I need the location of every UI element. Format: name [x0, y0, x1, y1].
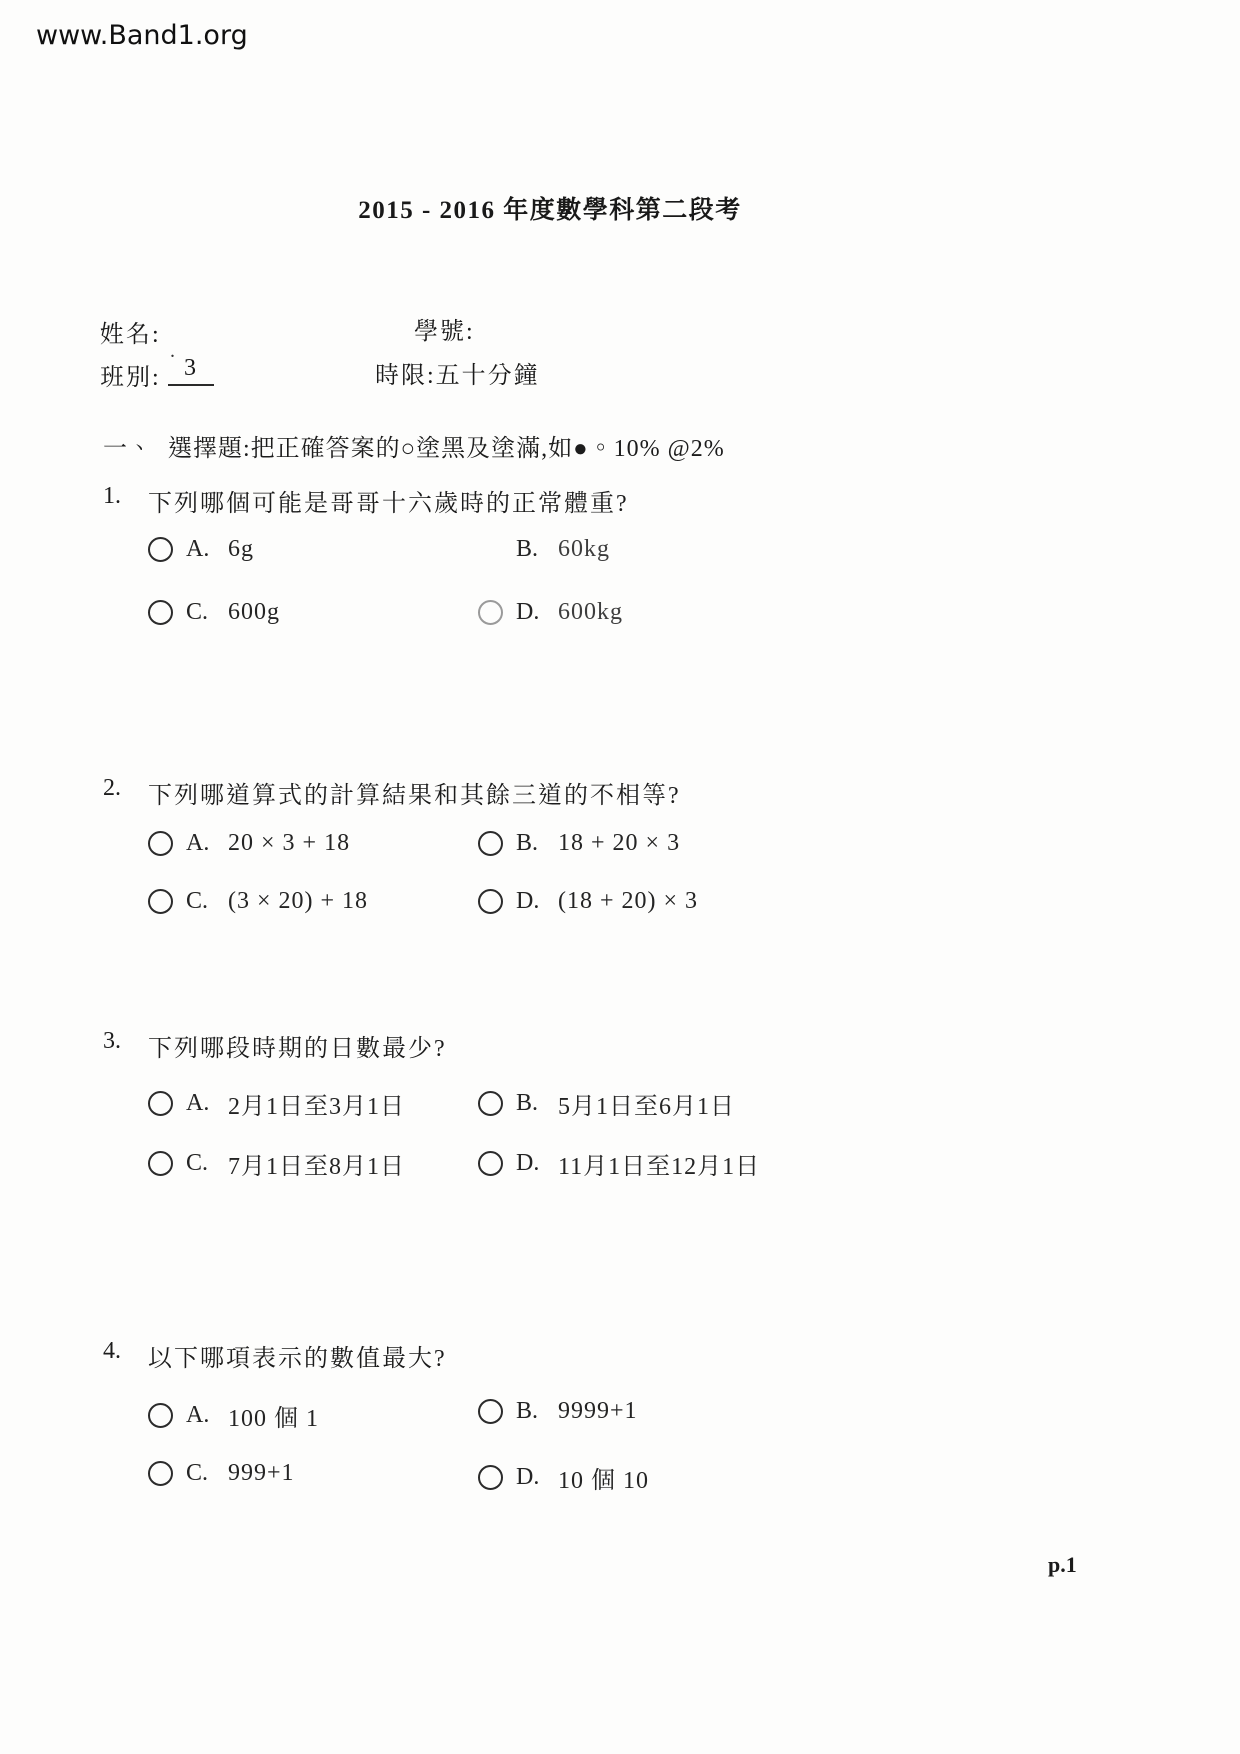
option-label: C.: [186, 1460, 228, 1487]
question-3-options-row-2: C. 7月1日至8月1日 D. 11月1日至12月1日: [0, 1146, 1240, 1182]
question-3-option-a: A. 2月1日至3月1日: [148, 1086, 405, 1121]
answer-bubble-icon: [478, 1465, 503, 1490]
answer-bubble-icon: [148, 600, 173, 625]
question-number: 1.: [103, 483, 121, 510]
question-2-option-c: C. (3 × 20) + 18: [148, 888, 368, 915]
question-4-options-row-1: A. 100 個 1 B. 9999+1: [0, 1398, 1240, 1434]
question-2-option-a: A. 20 × 3 + 18: [148, 830, 350, 857]
question-2-option-b: B. 18 + 20 × 3: [478, 830, 680, 857]
answer-bubble-icon: [478, 1091, 503, 1116]
option-label: D.: [516, 1150, 558, 1177]
option-value: 9999+1: [558, 1398, 638, 1425]
answer-bubble-icon: [478, 889, 503, 914]
question-3-options-row-1: A. 2月1日至3月1日 B. 5月1日至6月1日: [0, 1086, 1240, 1122]
question-2-options-row-2: C. (3 × 20) + 18 D. (18 + 20) × 3: [0, 888, 1240, 924]
option-label: D.: [516, 1464, 558, 1491]
answer-bubble-icon: [148, 1151, 173, 1176]
option-label: B.: [516, 536, 558, 563]
option-value: (3 × 20) + 18: [228, 888, 368, 915]
answer-bubble-icon: [148, 831, 173, 856]
question-1-options-row-1: A. 6g B. 60kg: [0, 536, 1240, 572]
question-4-option-c: C. 999+1: [148, 1460, 295, 1487]
option-label: B.: [516, 1398, 558, 1425]
option-label: D.: [516, 599, 558, 626]
answer-bubble-icon: [148, 889, 173, 914]
answer-bubble-icon: [148, 1403, 173, 1428]
question-3-option-b: B. 5月1日至6月1日: [478, 1086, 735, 1121]
question-text: 以下哪項表示的數值最大?: [148, 1338, 447, 1373]
option-label: A.: [186, 830, 228, 857]
option-label: C.: [186, 599, 228, 626]
question-1-option-d: D. 600kg: [478, 599, 623, 626]
question-3-option-d: D. 11月1日至12月1日: [478, 1146, 760, 1181]
exam-title: 2015 - 2016 年度數學科第二段考: [0, 190, 1100, 226]
option-value: 600kg: [558, 599, 623, 626]
option-value: 60kg: [558, 536, 610, 563]
option-value: 600g: [228, 599, 280, 626]
option-value: 2月1日至3月1日: [228, 1086, 405, 1121]
question-4-option-b: B. 9999+1: [478, 1398, 638, 1425]
class-label: 班別:: [100, 357, 161, 392]
answer-bubble-icon: [148, 1461, 173, 1486]
question-number: 2.: [103, 775, 121, 802]
question-1-option-a: A. 6g: [148, 536, 254, 563]
question-text: 下列哪段時期的日數最少?: [148, 1028, 447, 1063]
option-label: A.: [186, 1402, 228, 1429]
section-instruction: 選擇題:把正確答案的○塗黑及塗滿,如●。10% @2%: [168, 428, 725, 463]
option-label: B.: [516, 830, 558, 857]
answer-bubble-icon: [478, 1399, 503, 1424]
question-4-option-a: A. 100 個 1: [148, 1398, 319, 1433]
answer-bubble-icon: [478, 600, 503, 625]
question-2-options-row-1: A. 20 × 3 + 18 B. 18 + 20 × 3: [0, 830, 1240, 866]
option-label: C.: [186, 888, 228, 915]
option-value: 5月1日至6月1日: [558, 1086, 735, 1121]
option-value: 7月1日至8月1日: [228, 1146, 405, 1181]
option-label: C.: [186, 1150, 228, 1177]
question-number: 3.: [103, 1028, 121, 1055]
time-limit-label: 時限:五十分鐘: [375, 355, 540, 390]
question-text: 下列哪個可能是哥哥十六歲時的正常體重?: [148, 483, 629, 518]
section-number: 一、: [103, 428, 153, 463]
question-1-option-c: C. 600g: [148, 599, 280, 626]
option-value: (18 + 20) × 3: [558, 888, 698, 915]
question-4-options-row-2: C. 999+1 D. 10 個 10: [0, 1460, 1240, 1496]
answer-bubble-icon: [148, 1091, 173, 1116]
answer-bubble-icon: [478, 1151, 503, 1176]
option-value: 10 個 10: [558, 1460, 649, 1495]
answer-bubble-icon: [478, 831, 503, 856]
site-watermark: www.Band1.org: [36, 20, 248, 51]
answer-bubble-icon: [148, 537, 173, 562]
page-number: p.1: [1048, 1552, 1077, 1578]
question-3-option-c: C. 7月1日至8月1日: [148, 1146, 405, 1181]
option-label: A.: [186, 536, 228, 563]
option-label: D.: [516, 888, 558, 915]
option-label: B.: [516, 1090, 558, 1117]
option-value: 100 個 1: [228, 1398, 319, 1433]
option-label: A.: [186, 1090, 228, 1117]
option-value: 6g: [228, 536, 254, 563]
question-4-option-d: D. 10 個 10: [478, 1460, 649, 1495]
question-number: 4.: [103, 1338, 121, 1365]
option-value: 11月1日至12月1日: [558, 1146, 760, 1181]
option-value: 20 × 3 + 18: [228, 830, 350, 857]
question-1-options-row-2: C. 600g D. 600kg: [0, 599, 1240, 635]
scanned-exam-page: www.Band1.org 2015 - 2016 年度數學科第二段考 姓名: …: [0, 0, 1240, 1754]
question-1-option-b: B. 60kg: [478, 536, 610, 563]
student-no-label: 學號:: [414, 311, 475, 346]
class-value: 3: [168, 355, 214, 386]
option-value: 18 + 20 × 3: [558, 830, 680, 857]
option-value: 999+1: [228, 1460, 295, 1487]
question-text: 下列哪道算式的計算結果和其餘三道的不相等?: [148, 775, 681, 810]
question-2-option-d: D. (18 + 20) × 3: [478, 888, 698, 915]
name-label: 姓名:: [100, 314, 161, 349]
